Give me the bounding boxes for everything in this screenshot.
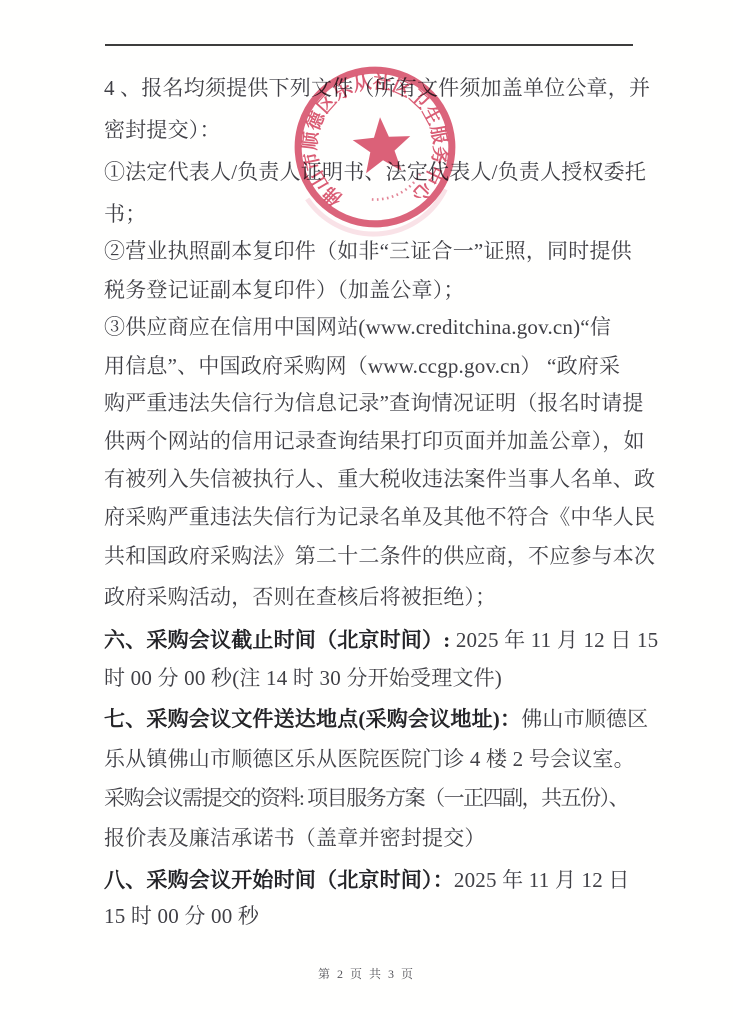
doc-text: 密封提交）： (104, 118, 221, 142)
doc-line: 供两个网站的信用记录查询结果打印页面并加盖公章），如 (104, 429, 649, 454)
doc-line: 购严重违法失信行为信息记录”查询情况证明（报名时请提 (104, 391, 649, 416)
doc-text: 供两个网站的信用记录查询结果打印页面并加盖公章），如 (104, 429, 645, 453)
doc-text: 佛山市顺德区 (521, 707, 648, 731)
doc-text: 时 00 分 00 秒(注 14 时 30 分开始受理文件) (104, 666, 502, 690)
doc-line: ③供应商应在信用中国网站(www.creditchina.gov.cn)“信 (104, 315, 649, 340)
doc-line: 税务登记证副本复印件）（加盖公章）； (104, 278, 649, 303)
doc-line: 15 时 00 分 00 秒 (104, 904, 649, 929)
doc-text: 2025 年 11 月 12 日 15 (450, 628, 658, 652)
doc-line: 政府采购活动，否则在查核后将被拒绝）； (104, 585, 649, 610)
doc-line: 用信息”、中国政府采购网（www.ccgp.gov.cn） “政府采 (104, 354, 649, 379)
doc-line: 八、采购会议开始时间（北京时间）：2025 年 11 月 12 日 (104, 868, 649, 893)
doc-line: 七、采购会议文件送达地点(采购会议地址)：佛山市顺德区 (104, 707, 649, 732)
doc-text: 有被列入失信被执行人、重大税收违法案件当事人名单、政 (104, 467, 655, 491)
doc-heading: 六、采购会议截止时间（北京时间）: (104, 628, 450, 652)
doc-text: 报价表及廉洁承诺书（盖章并密封提交） (104, 826, 486, 850)
doc-text: 共和国政府采购法》第二十二条件的供应商，不应参与本次 (104, 544, 655, 568)
doc-heading: 八、采购会议开始时间（北京时间）： (104, 868, 454, 892)
doc-text: 税务登记证副本复印件）（加盖公章）； (104, 278, 465, 302)
doc-text: 购严重违法失信行为信息记录”查询情况证明（报名时请提 (104, 391, 644, 415)
doc-text: 书； (104, 202, 146, 226)
doc-text: 政府采购活动，否则在查核后将被拒绝）； (104, 585, 496, 609)
doc-text: 15 时 00 分 00 秒 (104, 904, 259, 928)
seal-star-icon (351, 115, 412, 174)
doc-line: 时 00 分 00 秒(注 14 时 30 分开始受理文件) (104, 666, 649, 691)
document-page: 4 、报名均须提供下列文件（所有文件须加盖单位公章，并 密封提交）： ①法定代表… (0, 0, 733, 1019)
doc-heading: 七、采购会议文件送达地点(采购会议地址)： (104, 707, 521, 731)
official-seal: 佛山市顺德区乐从社区卫生服务中心 (278, 50, 472, 244)
doc-line: 府采购严重违法失信行为记录名单及其他不符合《中华人民 (104, 505, 649, 530)
doc-text: 府采购严重违法失信行为记录名单及其他不符合《中华人民 (104, 505, 655, 529)
doc-line: 有被列入失信被执行人、重大税收违法案件当事人名单、政 (104, 467, 649, 492)
doc-text: 2025 年 11 月 12 日 (454, 868, 630, 892)
page-footer: 第 2 页 共 3 页 (0, 965, 733, 982)
doc-text: 乐从镇佛山市顺德区乐从医院医院门诊 4 楼 2 号会议室。 (104, 747, 635, 771)
doc-text: ②营业执照副本复印件（如非“三证合一”证照，同时提供 (104, 239, 632, 263)
doc-line: 六、采购会议截止时间（北京时间）: 2025 年 11 月 12 日 15 (104, 628, 649, 653)
doc-line: 共和国政府采购法》第二十二条件的供应商，不应参与本次 (104, 544, 649, 569)
doc-text: ③供应商应在信用中国网站(www.creditchina.gov.cn)“信 (104, 315, 611, 339)
doc-line: 乐从镇佛山市顺德区乐从医院医院门诊 4 楼 2 号会议室。 (104, 747, 649, 772)
doc-line: 报价表及廉洁承诺书（盖章并密封提交） (104, 826, 649, 851)
header-rule (105, 44, 633, 46)
doc-text: 采购会议需提交的资料: 项目服务方案（一正四副，共五份）、 (104, 786, 628, 810)
doc-line: ②营业执照副本复印件（如非“三证合一”证照，同时提供 (104, 239, 649, 264)
doc-line: 采购会议需提交的资料: 项目服务方案（一正四副，共五份）、 (104, 786, 649, 811)
doc-text: 用信息”、中国政府采购网（www.ccgp.gov.cn） “政府采 (104, 354, 620, 378)
